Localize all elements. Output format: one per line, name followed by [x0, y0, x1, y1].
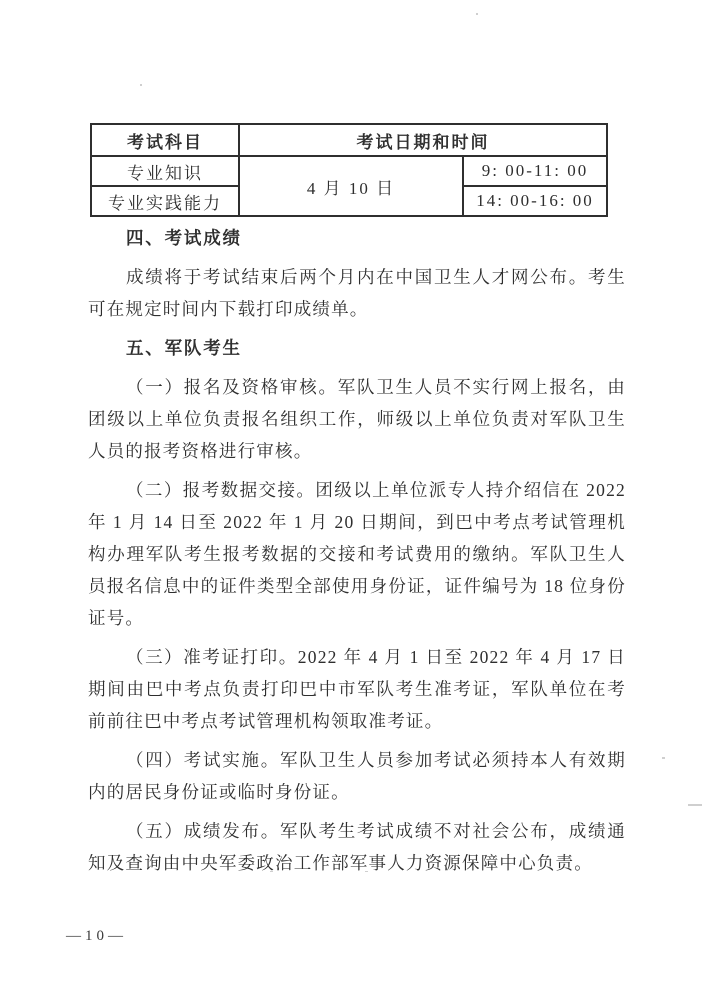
scan-speck	[621, 521, 623, 523]
paragraph-admission-ticket: （三）准考证打印。2022 年 4 月 1 日至 2022 年 4 月 17 日…	[88, 641, 626, 737]
scan-speck	[140, 84, 142, 86]
table-header-subject: 考试科目	[91, 124, 239, 156]
document-body: 四、考试成绩 成绩将于考试结束后两个月内在中国卫生人才网公布。考生可在规定时间内…	[88, 222, 626, 879]
table-cell-exam-date: 4 月 10 日	[239, 156, 463, 216]
section-heading-exam-results: 四、考试成绩	[88, 222, 626, 254]
page-number: —10—	[66, 928, 127, 945]
exam-schedule-table: 考试科目 考试日期和时间 专业知识 4 月 10 日 9: 00-11: 00 …	[90, 123, 608, 217]
section-heading-military-candidates: 五、军队考生	[88, 332, 626, 364]
table-row: 专业知识 4 月 10 日 9: 00-11: 00	[91, 156, 607, 186]
scan-speck	[270, 871, 273, 872]
paragraph-registration-review: （一）报名及资格审核。军队卫生人员不实行网上报名，由团级以上单位负责报名组织工作…	[88, 371, 626, 467]
table-header-row: 考试科目 考试日期和时间	[91, 124, 607, 156]
table-cell-subject-knowledge: 专业知识	[91, 156, 239, 186]
paragraph-data-handover: （二）报考数据交接。团级以上单位派专人持介绍信在 2022 年 1 月 14 日…	[88, 474, 626, 634]
scan-speck	[476, 13, 478, 15]
scan-speck	[688, 804, 702, 806]
scan-speck	[662, 757, 665, 759]
paragraph-exam-results: 成绩将于考试结束后两个月内在中国卫生人才网公布。考生可在规定时间内下载打印成绩单…	[88, 261, 626, 325]
table-cell-time-afternoon: 14: 00-16: 00	[463, 186, 607, 216]
paragraph-score-release: （五）成绩发布。军队考生考试成绩不对社会公布，成绩通知及查询由中央军委政治工作部…	[88, 815, 626, 879]
table-cell-time-morning: 9: 00-11: 00	[463, 156, 607, 186]
table-cell-subject-practice: 专业实践能力	[91, 186, 239, 216]
paragraph-exam-implementation: （四）考试实施。军队卫生人员参加考试必须持本人有效期内的居民身份证或临时身份证。	[88, 744, 626, 808]
scan-speck	[610, 830, 612, 832]
table-header-datetime: 考试日期和时间	[239, 124, 607, 156]
document-page: 考试科目 考试日期和时间 专业知识 4 月 10 日 9: 00-11: 00 …	[0, 0, 707, 1000]
scan-speck	[365, 871, 368, 872]
